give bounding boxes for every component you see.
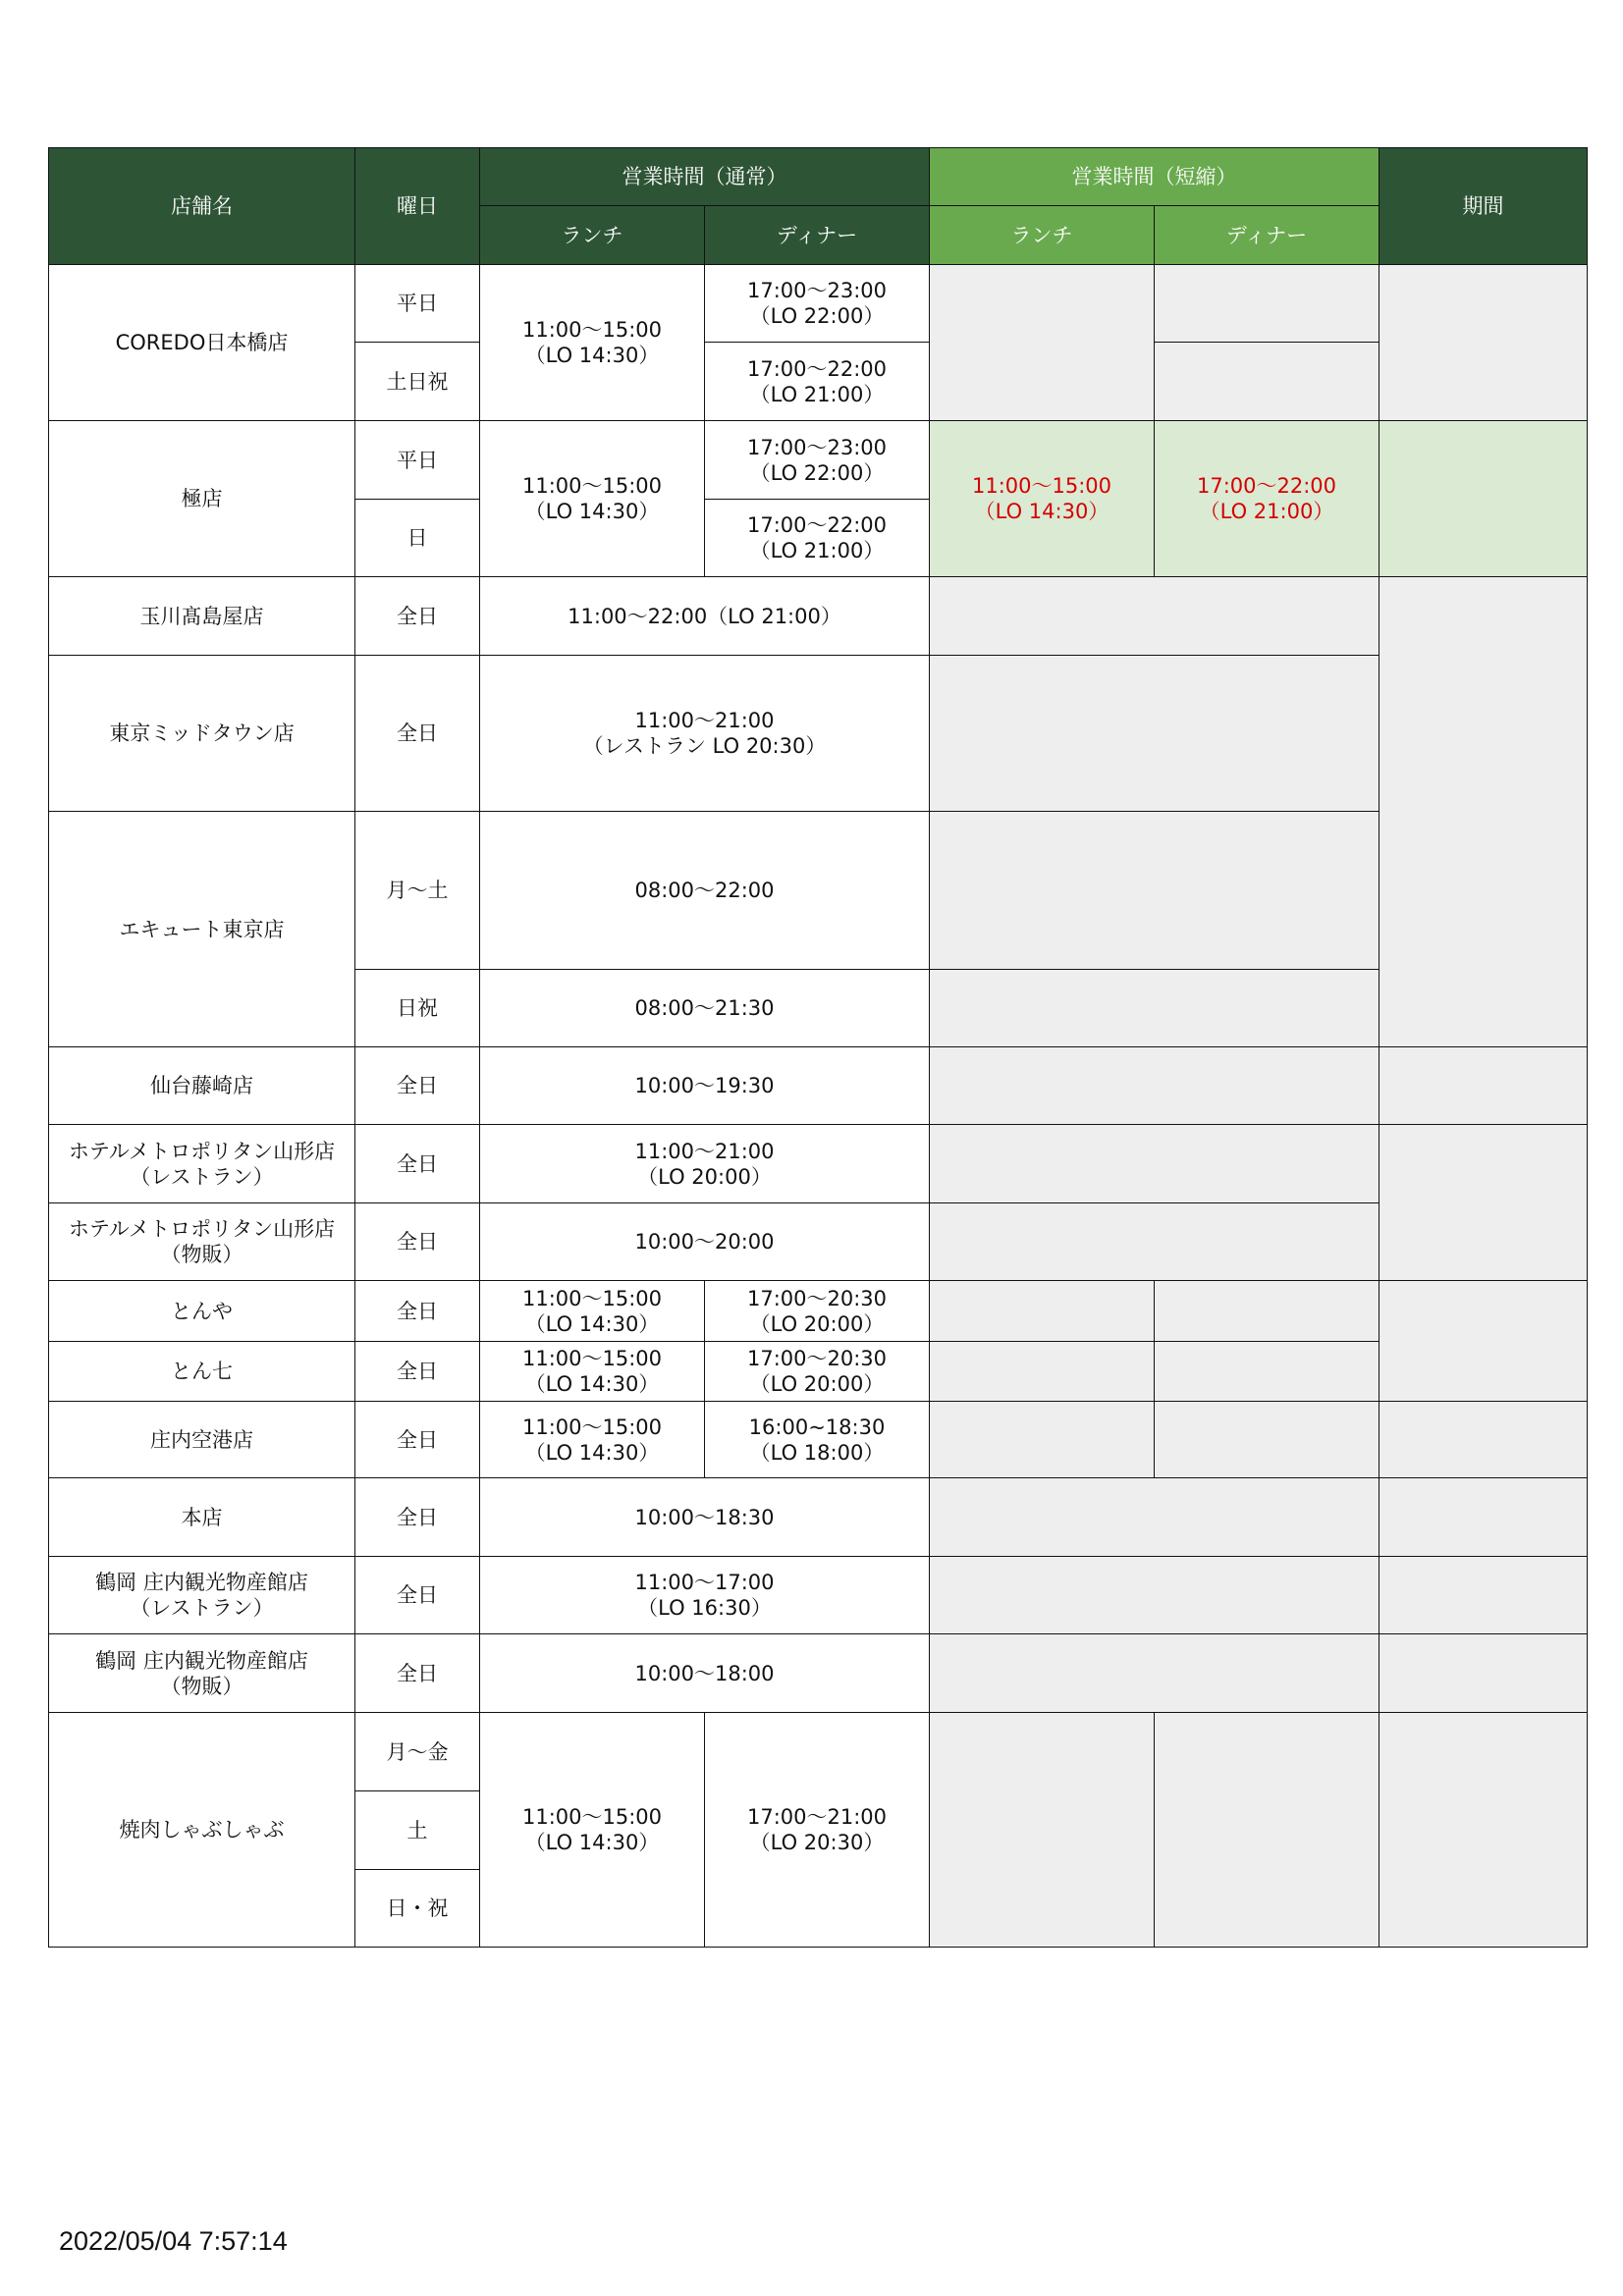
table-row: ホテルメトロポリタン山形店 （物販） 全日 10:00～20:00 xyxy=(49,1203,1588,1281)
header-normal-dinner: ディナー xyxy=(705,206,930,265)
short-lunch-cell xyxy=(930,1713,1155,1948)
hours-cell: 11:00～21:00 （LO 20:00） xyxy=(480,1125,930,1203)
lunch-cell: 11:00～15:00 （LO 14:30） xyxy=(480,1713,705,1948)
store-name: ホテルメトロポリタン山形店 （物販） xyxy=(49,1203,355,1281)
lunch-cell: 11:00～15:00 （LO 14:30） xyxy=(480,265,705,421)
table-row: 本店 全日 10:00～18:30 xyxy=(49,1478,1588,1557)
header-store-name: 店舗名 xyxy=(49,148,355,265)
day-cell: 全日 xyxy=(355,1047,480,1125)
short-dinner-cell xyxy=(1155,1281,1380,1342)
dinner-cell: 17:00～20:30 （LO 20:00） xyxy=(705,1342,930,1402)
short-hours-cell xyxy=(930,1478,1380,1557)
short-hours-cell xyxy=(930,1557,1380,1634)
day-cell: 平日 xyxy=(355,265,480,343)
period-cell xyxy=(1380,1402,1588,1478)
day-cell: 平日 xyxy=(355,421,480,500)
table-row: とんや 全日 11:00～15:00 （LO 14:30） 17:00～20:3… xyxy=(49,1281,1588,1342)
table-row: エキュート東京店 月～土 08:00～22:00 xyxy=(49,812,1588,970)
store-name: 庄内空港店 xyxy=(49,1402,355,1478)
short-hours-cell xyxy=(930,1203,1380,1281)
header-day: 曜日 xyxy=(355,148,480,265)
hours-cell: 11:00～17:00 （LO 16:30） xyxy=(480,1557,930,1634)
short-lunch-cell xyxy=(930,1342,1155,1402)
day-cell: 土 xyxy=(355,1791,480,1870)
period-cell xyxy=(1380,577,1588,1047)
dinner-cell: 17:00～23:00 （LO 22:00） xyxy=(705,421,930,500)
period-cell xyxy=(1380,1713,1588,1948)
lunch-cell: 11:00～15:00 （LO 14:30） xyxy=(480,1281,705,1342)
hours-cell: 10:00～20:00 xyxy=(480,1203,930,1281)
period-cell xyxy=(1380,1478,1588,1557)
short-lunch-cell xyxy=(930,265,1155,421)
short-dinner-cell xyxy=(1155,1342,1380,1402)
table-row: 焼肉しゃぶしゃぶ 月～金 11:00～15:00 （LO 14:30） 17:0… xyxy=(49,1713,1588,1791)
short-dinner-cell xyxy=(1155,1713,1380,1948)
table-row: とん七 全日 11:00～15:00 （LO 14:30） 17:00～20:3… xyxy=(49,1342,1588,1402)
day-cell: 土日祝 xyxy=(355,343,480,421)
period-cell xyxy=(1380,1047,1588,1125)
dinner-cell: 17:00～22:00 （LO 21:00） xyxy=(705,343,930,421)
short-hours-cell xyxy=(930,970,1380,1047)
dinner-cell: 17:00～23:00 （LO 22:00） xyxy=(705,265,930,343)
print-timestamp: 2022/05/04 7:57:14 xyxy=(59,2226,288,2257)
day-cell: 日 xyxy=(355,500,480,577)
store-name: 鶴岡 庄内観光物産館店 （レストラン） xyxy=(49,1557,355,1634)
day-cell: 月～金 xyxy=(355,1713,480,1791)
store-name: 玉川髙島屋店 xyxy=(49,577,355,656)
day-cell: 全日 xyxy=(355,1478,480,1557)
short-dinner-cell xyxy=(1155,265,1380,343)
short-lunch-cell xyxy=(930,1281,1155,1342)
short-hours-cell xyxy=(930,1047,1380,1125)
day-cell: 全日 xyxy=(355,1402,480,1478)
hours-cell: 11:00～22:00（LO 21:00） xyxy=(480,577,930,656)
table-row: 鶴岡 庄内観光物産館店 （物販） 全日 10:00～18:00 xyxy=(49,1634,1588,1713)
period-cell xyxy=(1380,1634,1588,1713)
period-cell xyxy=(1380,421,1588,577)
header-normal-hours: 営業時間（通常） xyxy=(480,148,930,206)
hours-cell: 10:00～18:30 xyxy=(480,1478,930,1557)
table-row: ホテルメトロポリタン山形店 （レストラン） 全日 11:00～21:00 （LO… xyxy=(49,1125,1588,1203)
dinner-cell: 17:00～20:30 （LO 20:00） xyxy=(705,1281,930,1342)
short-dinner-cell xyxy=(1155,343,1380,421)
day-cell: 全日 xyxy=(355,1125,480,1203)
short-dinner-cell: 17:00～22:00 （LO 21:00） xyxy=(1155,421,1380,577)
store-name: とん七 xyxy=(49,1342,355,1402)
business-hours-table: 店舗名 曜日 営業時間（通常） 営業時間（短縮） 期間 ランチ ディナー ランチ… xyxy=(48,147,1588,1948)
day-cell: 全日 xyxy=(355,1281,480,1342)
period-cell xyxy=(1380,265,1588,421)
short-lunch-cell: 11:00～15:00 （LO 14:30） xyxy=(930,421,1155,577)
period-cell xyxy=(1380,1281,1588,1402)
lunch-cell: 11:00～15:00 （LO 14:30） xyxy=(480,421,705,577)
dinner-cell: 17:00～21:00 （LO 20:30） xyxy=(705,1713,930,1948)
dinner-cell: 16:00~18:30 （LO 18:00） xyxy=(705,1402,930,1478)
dinner-cell: 17:00～22:00 （LO 21:00） xyxy=(705,500,930,577)
short-hours-cell xyxy=(930,812,1380,970)
day-cell: 全日 xyxy=(355,1634,480,1713)
short-hours-cell xyxy=(930,1634,1380,1713)
header-short-dinner: ディナー xyxy=(1155,206,1380,265)
short-hours-cell xyxy=(930,577,1380,656)
day-cell: 月～土 xyxy=(355,812,480,970)
header-normal-lunch: ランチ xyxy=(480,206,705,265)
store-name: 鶴岡 庄内観光物産館店 （物販） xyxy=(49,1634,355,1713)
hours-cell: 08:00～22:00 xyxy=(480,812,930,970)
header-short-hours: 営業時間（短縮） xyxy=(930,148,1380,206)
day-cell: 全日 xyxy=(355,1557,480,1634)
day-cell: 全日 xyxy=(355,1203,480,1281)
hours-cell: 10:00～19:30 xyxy=(480,1047,930,1125)
short-dinner-cell xyxy=(1155,1402,1380,1478)
store-name: エキュート東京店 xyxy=(49,812,355,1047)
short-lunch-cell xyxy=(930,1402,1155,1478)
period-cell xyxy=(1380,1557,1588,1634)
hours-cell: 10:00～18:00 xyxy=(480,1634,930,1713)
hours-cell: 11:00～21:00 （レストラン LO 20:30） xyxy=(480,656,930,812)
header-period: 期間 xyxy=(1380,148,1588,265)
day-cell: 全日 xyxy=(355,656,480,812)
store-name: COREDO日本橋店 xyxy=(49,265,355,421)
period-cell xyxy=(1380,1125,1588,1281)
store-name: とんや xyxy=(49,1281,355,1342)
hours-cell: 08:00～21:30 xyxy=(480,970,930,1047)
short-hours-cell xyxy=(930,1125,1380,1203)
table-row: 庄内空港店 全日 11:00～15:00 （LO 14:30） 16:00~18… xyxy=(49,1402,1588,1478)
day-cell: 全日 xyxy=(355,577,480,656)
header-short-lunch: ランチ xyxy=(930,206,1155,265)
store-name: 仙台藤崎店 xyxy=(49,1047,355,1125)
day-cell: 日・祝 xyxy=(355,1870,480,1948)
table-row: 鶴岡 庄内観光物産館店 （レストラン） 全日 11:00～17:00 （LO 1… xyxy=(49,1557,1588,1634)
store-name: 極店 xyxy=(49,421,355,577)
store-name: 焼肉しゃぶしゃぶ xyxy=(49,1713,355,1948)
short-hours-cell xyxy=(930,656,1380,812)
day-cell: 日祝 xyxy=(355,970,480,1047)
day-cell: 全日 xyxy=(355,1342,480,1402)
table-row: COREDO日本橋店 平日 11:00～15:00 （LO 14:30） 17:… xyxy=(49,265,1588,343)
table-row: 極店 平日 11:00～15:00 （LO 14:30） 17:00～23:00… xyxy=(49,421,1588,500)
lunch-cell: 11:00～15:00 （LO 14:30） xyxy=(480,1402,705,1478)
store-name: ホテルメトロポリタン山形店 （レストラン） xyxy=(49,1125,355,1203)
lunch-cell: 11:00～15:00 （LO 14:30） xyxy=(480,1342,705,1402)
table-row: 玉川髙島屋店 全日 11:00～22:00（LO 21:00） xyxy=(49,577,1588,656)
table-row: 仙台藤崎店 全日 10:00～19:30 xyxy=(49,1047,1588,1125)
table-row: 東京ミッドタウン店 全日 11:00～21:00 （レストラン LO 20:30… xyxy=(49,656,1588,812)
store-name: 東京ミッドタウン店 xyxy=(49,656,355,812)
store-name: 本店 xyxy=(49,1478,355,1557)
